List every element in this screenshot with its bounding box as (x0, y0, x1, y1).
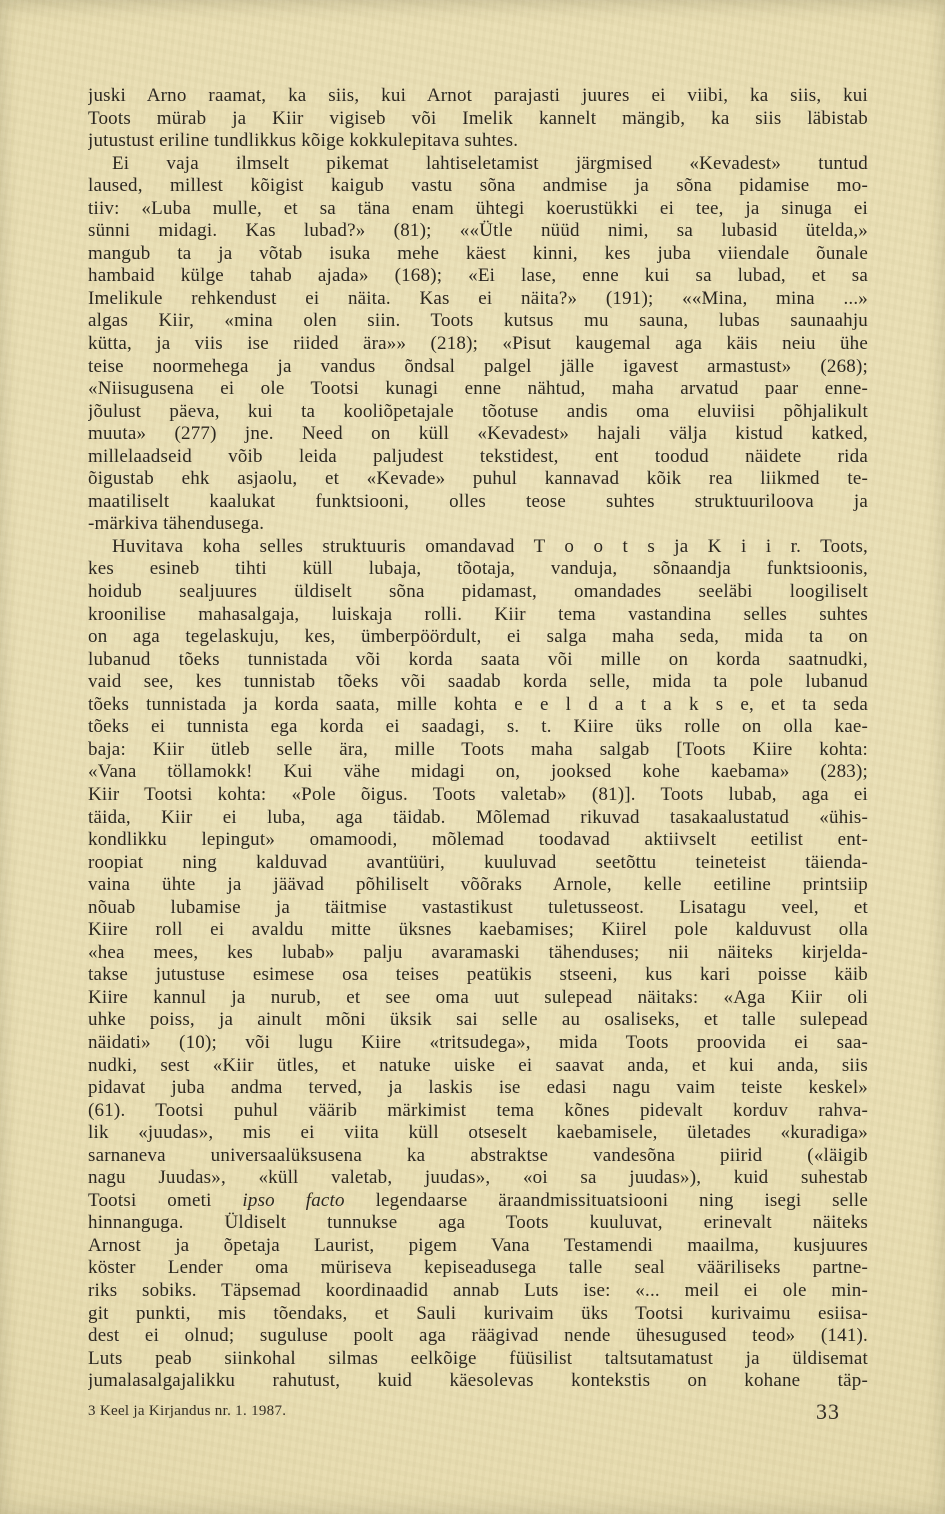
text-line: sünni midagi. Kas lubad?» (81); ««Ütle n… (88, 220, 868, 243)
text-line: Kiire kannul ja nurub, et see oma uut su… (88, 987, 868, 1010)
text-line: hinnanguga. Üldiselt tunnukse aga Toots … (88, 1212, 868, 1235)
text-line: mangub ta ja võtab isuka mehe käest kinn… (88, 243, 868, 266)
text-line: dest ei olnud; suguluse poolt aga räägiv… (88, 1325, 868, 1348)
text-line: teise noormehega ja vandus õndsal palgel… (88, 356, 868, 379)
text-line: on aga tegelaskuju, kes, ümberpöördult, … (88, 626, 868, 649)
text-line: algas Kiir, «mina olen siin. Toots kutsu… (88, 310, 868, 333)
text-line: «Niisugusena ei ole Tootsi kunagi enne n… (88, 378, 868, 401)
text-line: Huvitava koha selles struktuuris omandav… (88, 536, 868, 559)
text-line: nudki, sest «Kiir ütles, et natuke uiske… (88, 1055, 868, 1078)
text-line: nõuab lubamise ja täitmise vastastikust … (88, 897, 868, 920)
text-line: jumalasalgajalikku rahutust, kuid käesol… (88, 1370, 868, 1393)
text-line: muuta» (277) jne. Need on küll «Kevadest… (88, 423, 868, 446)
text-line: «hea mees, kes lubab» palju avaramaski t… (88, 942, 868, 965)
text-line: Ei vaja ilmselt pikemat lahtiseletamist … (88, 153, 868, 176)
text-line: (61). Tootsi puhul väärib märkimist tema… (88, 1100, 868, 1123)
text-line: pidavat juba andma terved, ja laskis ise… (88, 1077, 868, 1100)
text-segment: Tootsi ometi (88, 1190, 242, 1211)
text-line: hambaid külge tahab ajada» (168); «Ei la… (88, 265, 868, 288)
text-line: uhke poiss, ja ainult mõni üksik sai sel… (88, 1009, 868, 1032)
page-number: 33 (816, 1399, 840, 1425)
text-line: sarnaneva universaalüksusena ka abstrakt… (88, 1145, 868, 1168)
text-line: kes esineb tihti küll lubaja, tõotaja, v… (88, 558, 868, 581)
text-line: -märkiva tähendusega. (88, 513, 868, 536)
text-line: lubanud tõeks tunnistada või korda saata… (88, 649, 868, 672)
text-line: juski Arno raamat, ka siis, kui Arnot pa… (88, 85, 868, 108)
text-line: Kiire roll ei avaldu mitte üksnes kaebam… (88, 919, 868, 942)
text-line: riks sobiks. Täpsemad koordinaadid annab… (88, 1280, 868, 1303)
text-line: tõeks ei tunnista ega korda ei saadagi, … (88, 716, 868, 739)
text-line: tiiv: «Luba mulle, et sa täna enam ühteg… (88, 198, 868, 221)
text-line: näidati» (10); või lugu Kiire «tritsudeg… (88, 1032, 868, 1055)
text-line: takse jutustuse esimese osa teises peatü… (88, 964, 868, 987)
text-line: laused, millest kõigist kaigub vastu sõn… (88, 175, 868, 198)
text-line: jutustust eriline tundlikkus kõige kokku… (88, 130, 868, 153)
text-line: jõulust päeva, kui ta kooliõpetajale tõo… (88, 401, 868, 424)
text-line: lik «juudas», mis ei viita küll otseselt… (88, 1122, 868, 1145)
text-line: Kiir Tootsi kohta: «Pole õigus. Toots va… (88, 784, 868, 807)
text-line: tõeks tunnistada ja korda saata, mille k… (88, 694, 868, 717)
text-line: täida, Kiir ei luba, aga täidab. Mõlemad… (88, 807, 868, 830)
text-line: Toots mürab ja Kiir vigiseb või Imelik k… (88, 108, 868, 131)
italic-phrase: ipso facto (242, 1190, 344, 1211)
text-line: «Vana töllamokk! Kui vähe midagi on, joo… (88, 761, 868, 784)
text-line: millelaadseid võib leida paljudest tekst… (88, 446, 868, 469)
text-line: kondlikku lepingut» omamoodi, mõlemad to… (88, 829, 868, 852)
text-line: köster Lender oma müriseva kepiseadusega… (88, 1257, 868, 1280)
text-line: maatiliselt kaalukat funktsiooni, olles … (88, 491, 868, 514)
text-line: õigustab ehk asjaolu, et «Kevade» puhul … (88, 468, 868, 491)
text-line: Luts peab siinkohal silmas eelkõige füüs… (88, 1348, 868, 1371)
text-line: baja: Kiir ütleb selle ära, mille Toots … (88, 739, 868, 762)
text-line: git punkti, mis tõendaks, et Sauli kuriv… (88, 1303, 868, 1326)
journal-imprint: 3 Keel ja Kirjandus nr. 1. 1987. (88, 1403, 286, 1420)
text-line: vaid see, kes tunnistab tõeks või saadab… (88, 671, 868, 694)
text-line: vaina ühte ja jäävad põhiliselt võõraks … (88, 874, 868, 897)
text-line: nagu Juudas», «küll valetab, juudas», «o… (88, 1167, 868, 1190)
text-line: hoidub sealjuures üldiselt sõna pidamast… (88, 581, 868, 604)
text-line: roopiat ning kalduvad avantüüri, kuuluva… (88, 852, 868, 875)
text-line: Tootsi ometi ipso facto legendaarse äraa… (88, 1190, 868, 1213)
text-line: Imelikule rehkendust ei näita. Kas ei nä… (88, 288, 868, 311)
text-segment: legendaarse äraandmissituatsiooni ning i… (345, 1190, 868, 1211)
text-line: kütta, ja viis ise riided ära»» (218); «… (88, 333, 868, 356)
article-body-text: juski Arno raamat, ka siis, kui Arnot pa… (88, 85, 868, 1393)
scanned-page: juski Arno raamat, ka siis, kui Arnot pa… (0, 0, 945, 1514)
text-line: Arnost ja õpetaja Laurist, pigem Vana Te… (88, 1235, 868, 1258)
text-line: kroonilise mahasalgaja, luiskaja rolli. … (88, 604, 868, 627)
